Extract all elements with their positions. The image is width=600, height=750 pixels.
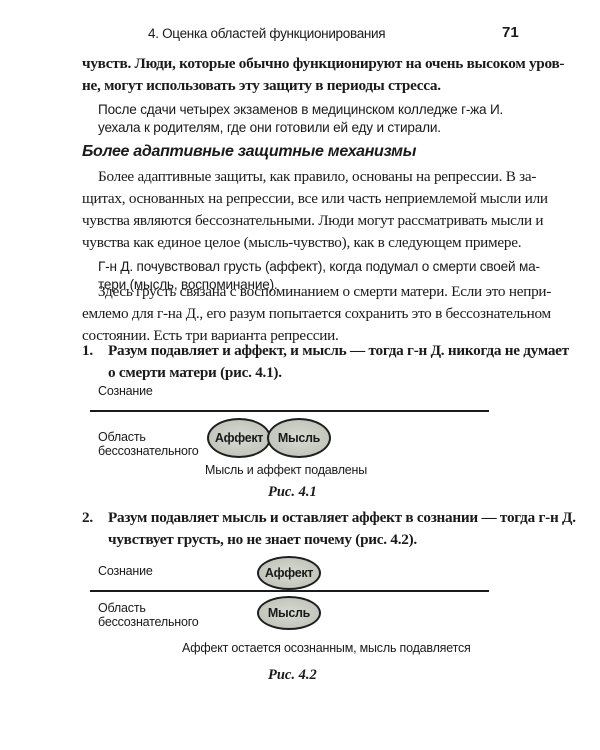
list-item-line: Разум подавляет мысль и оставляет аффект… [108,509,576,527]
figure-label: Рис. 4.2 [268,667,317,684]
example-line: После сдачи четырех экзаменов в медицинс… [98,102,503,117]
thought-ellipse: Мысль [267,418,331,458]
paragraph-line: Здесь грусть связана с воспоминанием о с… [98,283,551,301]
list-item-line: Разум подавляет и аффект, и мысль — тогд… [108,342,569,360]
thought-ellipse: Мысль [257,596,321,630]
example-line: Г-н Д. почувствовал грусть (аффект), ког… [98,259,540,274]
conscious-label: Сознание [98,384,153,399]
unconscious-label: Область [98,430,146,445]
consciousness-boundary-line [90,590,489,592]
unconscious-label: бессознательного [98,444,199,459]
paragraph-line: щитах, основанных на репрессии, все или … [82,190,548,208]
page-number: 71 [502,24,519,41]
paragraph-line: чувства как единое целое (мысль-чувство)… [82,234,521,252]
paragraph-line: не, могут использовать эту защиту в пери… [82,77,441,95]
list-item-line: о смерти матери (рис. 4.1). [108,364,282,382]
consciousness-boundary-line [90,410,489,412]
paragraph-line: Более адаптивные защиты, как правило, ос… [98,168,536,186]
affect-ellipse: Аффект [207,418,271,458]
list-number: 1. [82,342,93,360]
unconscious-label: Область [98,601,146,616]
figure-label: Рис. 4.1 [268,484,317,501]
conscious-label: Сознание [98,564,153,579]
example-line: уехала к родителям, где они готовили ей … [98,120,441,135]
unconscious-label: бессознательного [98,615,199,630]
section-heading: Более адаптивные защитные механизмы [82,143,416,161]
paragraph-line: емлемо для г-на Д., его разум попытается… [82,305,551,323]
affect-ellipse: Аффект [257,556,321,590]
running-header-title: 4. Оценка областей функционирования [148,26,385,41]
figure-caption: Аффект остается осознанным, мысль подавл… [182,641,471,655]
figure-caption: Мысль и аффект подавлены [205,463,367,477]
paragraph-line: чувств. Люди, которые обычно функциониру… [82,55,564,73]
list-item-line: чувствует грусть, но не знает почему (ри… [108,531,417,549]
paragraph-line: чувства являются бессознательными. Люди … [82,212,543,230]
book-page: 4. Оценка областей функционирования 71 ч… [0,0,600,750]
list-number: 2. [82,509,93,527]
